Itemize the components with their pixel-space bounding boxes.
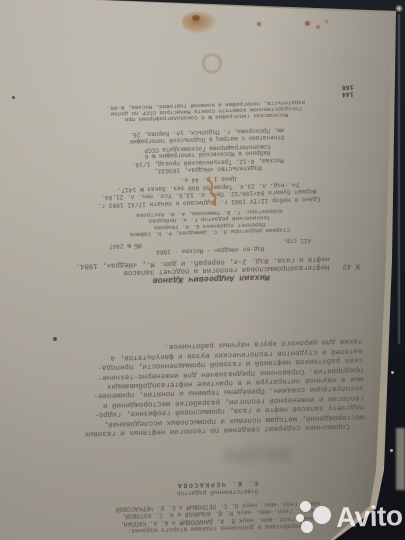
cover-speck <box>390 449 393 452</box>
stain-dot <box>257 22 261 26</box>
imprint-ib-number: ИБ № 2447 <box>109 242 142 250</box>
marking-line: 144 <box>324 90 354 98</box>
printing-house-block: Московская типография № 6 Союзполиграфпр… <box>57 97 355 124</box>
ink-squiggle-stain <box>203 178 225 208</box>
upside-down-text-layer: Переработана и дополнена главами второго… <box>0 0 405 540</box>
stain-large <box>182 11 216 33</box>
logo-circle <box>296 514 304 522</box>
paper-speck <box>12 96 15 99</box>
staff-block: Старшие редакторы Л. С. Демидова, Р. К. … <box>60 205 359 239</box>
marking-line: 166 <box>324 83 354 91</box>
stain-dot <box>316 25 320 29</box>
page-marking-stamp: 144 166 <box>324 83 354 98</box>
annotation-paragraph: Справочник содержит сведения по геологии… <box>64 335 365 438</box>
light-glint <box>394 5 404 12</box>
stain-dot <box>305 21 310 26</box>
editor-block: Ответственный редактор Е. В. ЧЕРКАСОВА <box>68 476 366 500</box>
listing-photo: Переработана и дополнена главами второго… <box>0 0 405 540</box>
paper-speck <box>53 337 57 341</box>
cover-speck <box>391 371 394 374</box>
page-content-layer: Переработана и дополнена главами второго… <box>0 0 405 540</box>
avito-wordmark: Avito <box>335 500 402 534</box>
imprint-pages: 411 стр. <box>282 237 311 245</box>
stain-core <box>192 15 200 21</box>
cover-light-patch <box>396 428 405 490</box>
logo-circle <box>313 506 331 524</box>
avito-watermark: Avito <box>296 500 402 533</box>
logo-circle <box>300 501 311 512</box>
avito-logo-icon <box>296 500 333 533</box>
stain-dot <box>325 20 328 23</box>
cover-edge-highlight <box>398 14 400 344</box>
logo-circle <box>301 521 313 533</box>
